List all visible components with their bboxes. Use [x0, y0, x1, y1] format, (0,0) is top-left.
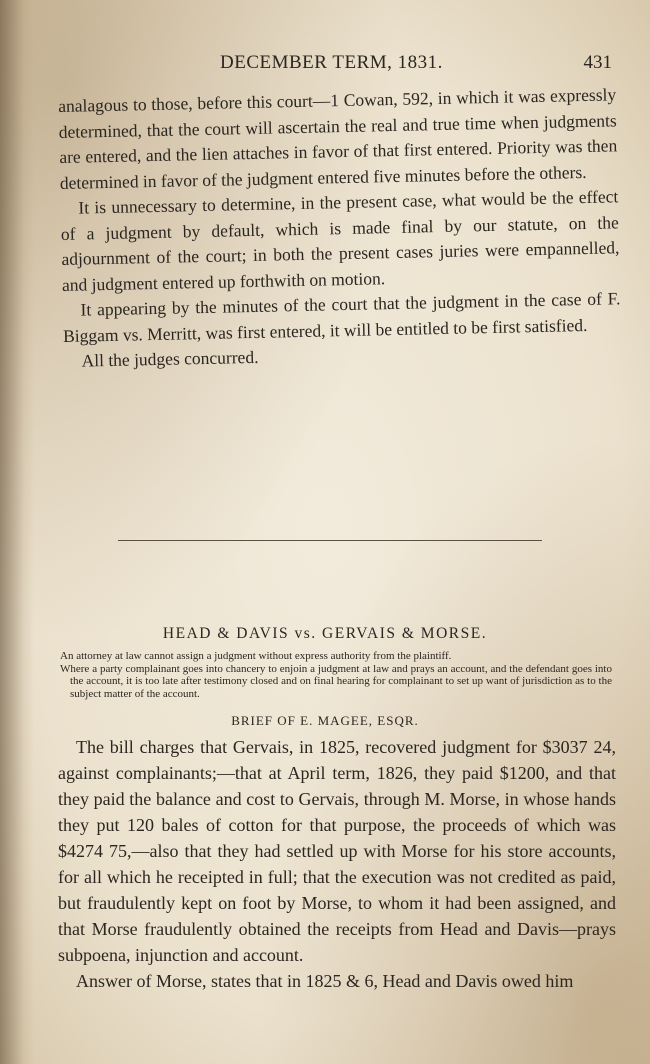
running-header: DECEMBER TERM, 1831. 431: [220, 52, 612, 78]
book-page: DECEMBER TERM, 1831. 431 analagous to th…: [0, 0, 650, 1064]
headnotes: An attorney at law cannot assign a judgm…: [60, 650, 612, 700]
opinion-paragraph: It is unnecessary to determine, in the p…: [60, 184, 620, 298]
opinion-text: analagous to those, before this court—1 …: [58, 82, 622, 374]
headnote: An attorney at law cannot assign a judgm…: [60, 650, 612, 663]
page-gutter-shadow: [0, 0, 34, 1064]
brief-text: The bill charges that Gervais, in 1825, …: [58, 734, 616, 994]
brief-title: BRIEF OF E. MAGEE, ESQR.: [0, 713, 650, 729]
headnote: Where a party complainant goes into chan…: [60, 663, 612, 701]
brief-paragraph: Answer of Morse, states that in 1825 & 6…: [58, 968, 616, 994]
opinion-paragraph: analagous to those, before this court—1 …: [58, 82, 618, 196]
case-title: HEAD & DAVIS vs. GERVAIS & MORSE.: [0, 625, 650, 643]
section-divider: [118, 540, 542, 541]
brief-paragraph: The bill charges that Gervais, in 1825, …: [58, 734, 616, 968]
running-title: DECEMBER TERM, 1831.: [220, 52, 443, 74]
page-number: 431: [584, 52, 613, 74]
